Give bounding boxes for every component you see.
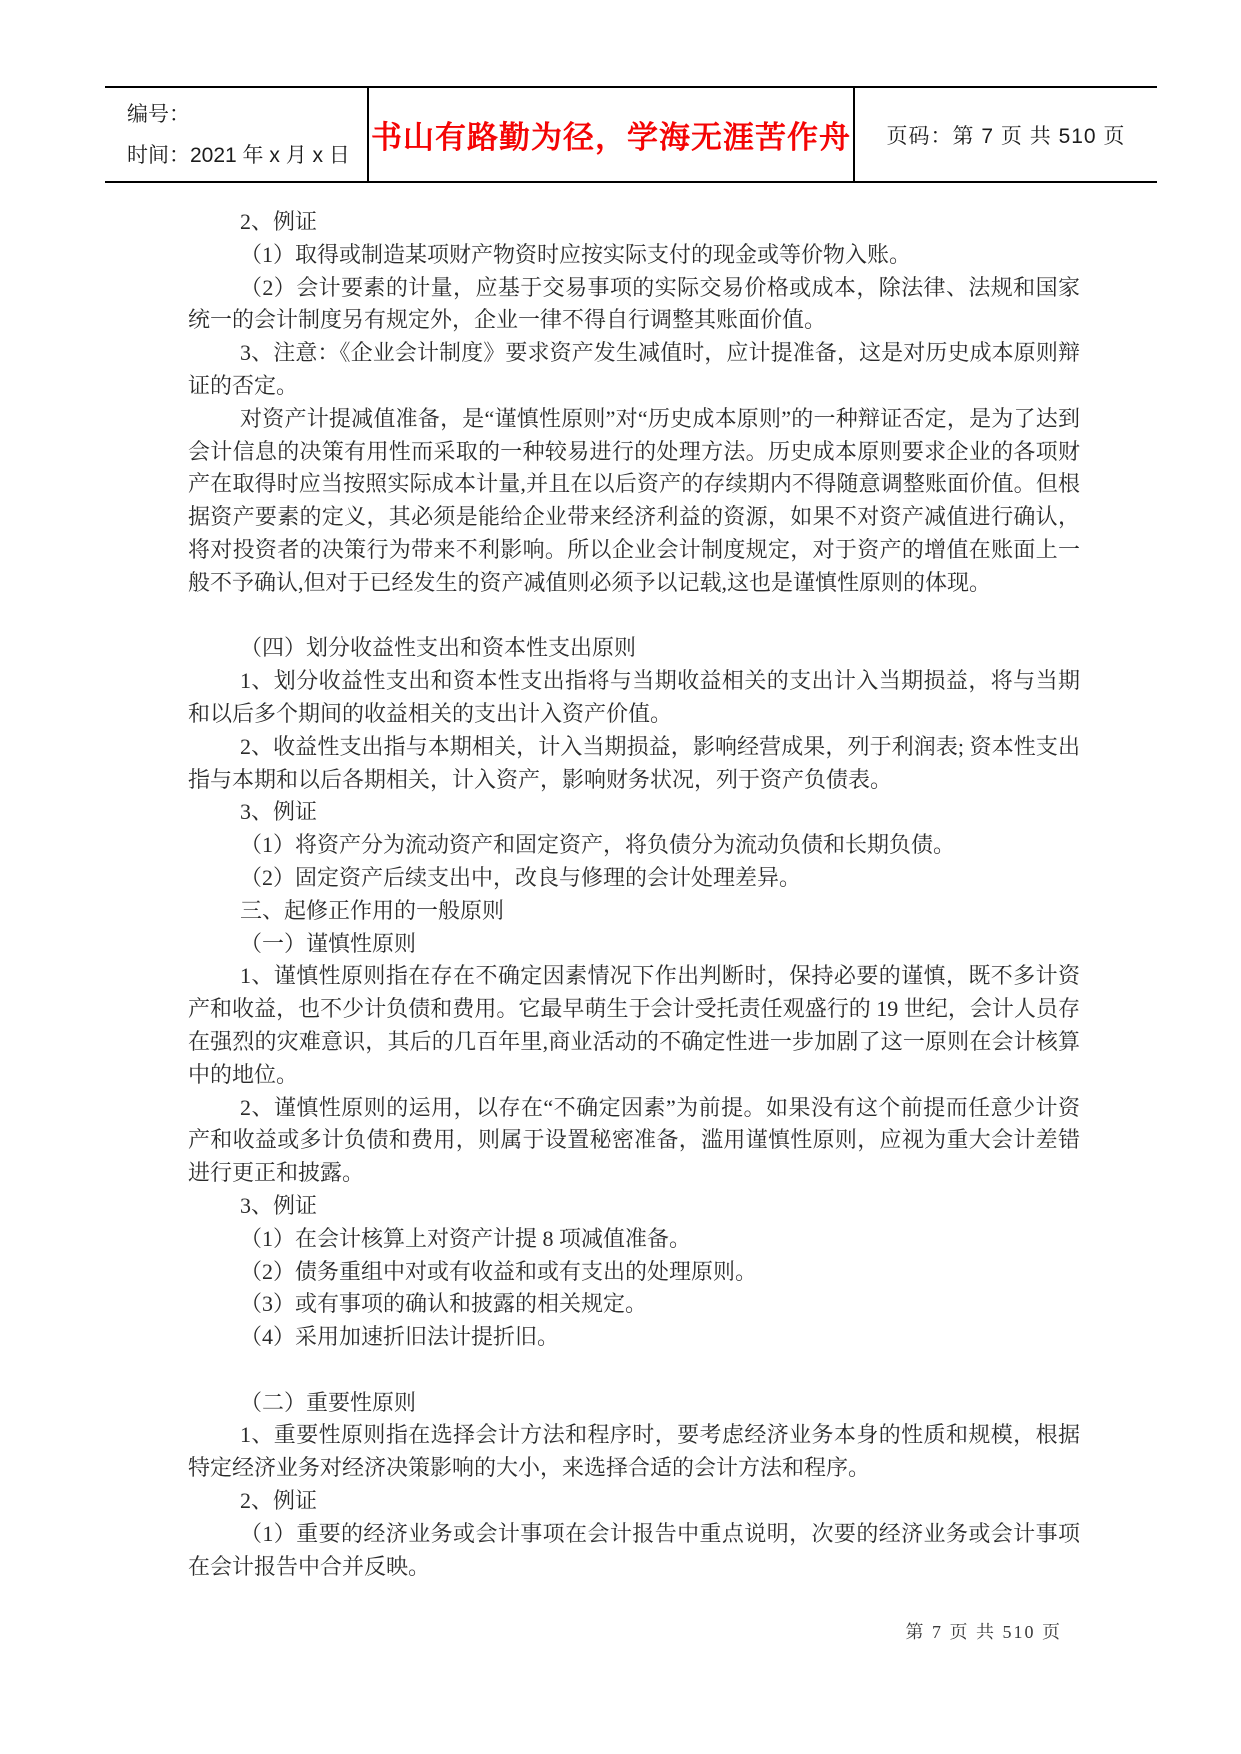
body-paragraph: （一）谨慎性原则 — [188, 928, 1080, 961]
body-paragraph: （4）采用加速折旧法计提折旧。 — [188, 1321, 1080, 1354]
body-paragraph: （2）会计要素的计量，应基于交易事项的实际交易价格或成本，除法律、法规和国家统一… — [188, 272, 1080, 338]
motto-text: 书山有路勤为径，学海无涯苦作舟 — [371, 112, 851, 157]
body-paragraph: 3、例证 — [188, 1190, 1080, 1223]
body-paragraph: （四）划分收益性支出和资本性支出原则 — [188, 632, 1080, 665]
body-paragraph: 三、起修正作用的一般原则 — [188, 895, 1080, 928]
body-paragraph: （二）重要性原则 — [188, 1387, 1080, 1420]
header-page-number-cell: 页码：第 7 页 共 510 页 — [855, 88, 1157, 181]
doc-date-label: 时间：2021 年 x 月 x 日 — [127, 135, 367, 176]
body-paragraph: 2、谨慎性原则的运用，以存在“不确定因素”为前提。如果没有这个前提而任意少计资产… — [188, 1092, 1080, 1190]
body-paragraph: 1、重要性原则指在选择会计方法和程序时，要考虑经济业务本身的性质和规模，根据特定… — [188, 1419, 1080, 1485]
page-number-label: 页码：第 7 页 共 510 页 — [887, 120, 1126, 150]
document-body: 2、例证（1）取得或制造某项财产物资时应按实际支付的现金或等价物入账。（2）会计… — [188, 206, 1080, 1583]
doc-number-label: 编号： — [127, 94, 367, 135]
body-paragraph: 2、例证 — [188, 206, 1080, 239]
body-paragraph: 2、例证 — [188, 1485, 1080, 1518]
header-table: 编号： 时间：2021 年 x 月 x 日 书山有路勤为径，学海无涯苦作舟 页码… — [105, 86, 1157, 183]
body-paragraph: （1）取得或制造某项财产物资时应按实际支付的现金或等价物入账。 — [188, 239, 1080, 272]
header-banner-cell: 书山有路勤为径，学海无涯苦作舟 — [367, 88, 855, 181]
body-paragraph: （2）债务重组中对或有收益和或有支出的处理原则。 — [188, 1256, 1080, 1289]
document-page: 编号： 时间：2021 年 x 月 x 日 书山有路勤为径，学海无涯苦作舟 页码… — [0, 0, 1241, 1754]
body-paragraph: 1、划分收益性支出和资本性支出指将与当期收益相关的支出计入当期损益，将与当期和以… — [188, 665, 1080, 731]
body-paragraph: （2）固定资产后续支出中，改良与修理的会计处理差异。 — [188, 862, 1080, 895]
body-paragraph: （1）在会计核算上对资产计提 8 项减值准备。 — [188, 1223, 1080, 1256]
page-footer: 第 7 页 共 510 页 — [188, 1618, 1062, 1644]
header-meta-cell: 编号： 时间：2021 年 x 月 x 日 — [105, 88, 367, 181]
body-paragraph: （1）重要的经济业务或会计事项在会计报告中重点说明，次要的经济业务或会计事项在会… — [188, 1518, 1080, 1584]
body-paragraph: （1）将资产分为流动资产和固定资产，将负债分为流动负债和长期负债。 — [188, 829, 1080, 862]
body-paragraph: 2、收益性支出指与本期相关，计入当期损益，影响经营成果，列于利润表; 资本性支出… — [188, 731, 1080, 797]
body-paragraph: 对资产计提减值准备，是“谨慎性原则”对“历史成本原则”的一种辩证否定，是为了达到… — [188, 403, 1080, 600]
body-paragraph: 1、谨慎性原则指在存在不确定因素情况下作出判断时，保持必要的谨慎，既不多计资产和… — [188, 960, 1080, 1091]
body-paragraph: 3、例证 — [188, 796, 1080, 829]
body-paragraph: （3）或有事项的确认和披露的相关规定。 — [188, 1288, 1080, 1321]
body-paragraph: 3、注意：《企业会计制度》要求资产发生减值时，应计提准备，这是对历史成本原则辩证… — [188, 337, 1080, 403]
